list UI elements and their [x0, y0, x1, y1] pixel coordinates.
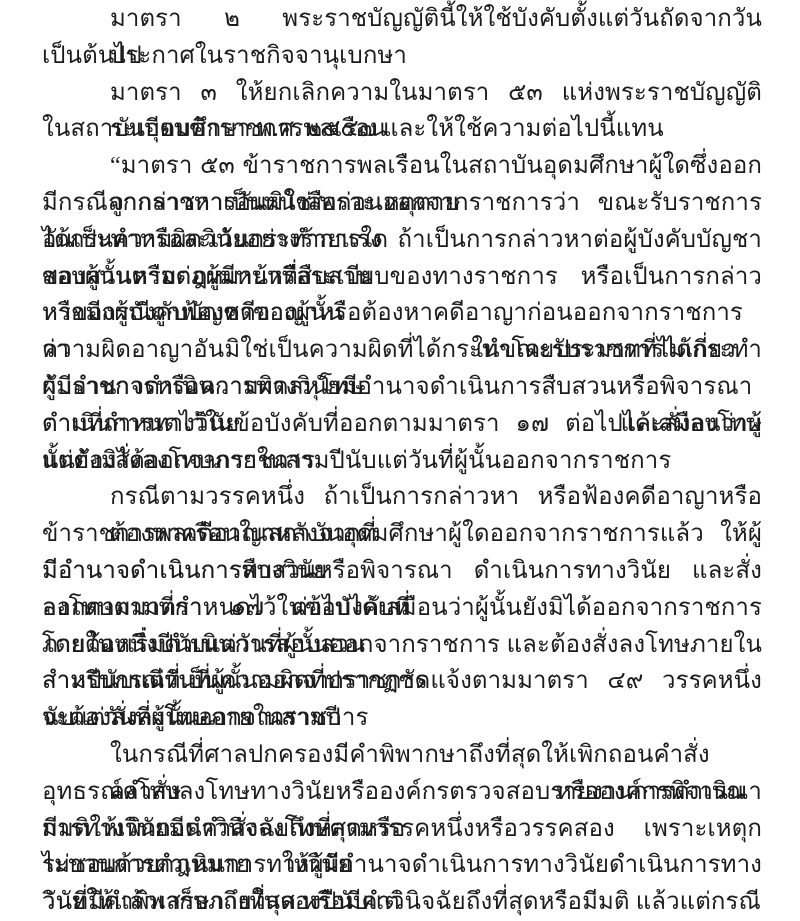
text-line: ผู้มีอำนาจดำเนินการทางวินัยมีอำนาจดำเนิน… — [42, 369, 762, 406]
text-line: วันที่มีคำพิพากษาถึงที่สุด หรือมีคำวินิจ… — [42, 884, 762, 921]
text-line: อันเป็นความผิดวินัยอย่างร้ายแรง ถ้าเป็นก… — [42, 222, 762, 259]
text-line: มีกรณีถูกกล่าวหาเป็นหนังสือก่อนออกจากราช… — [42, 185, 762, 222]
text-line: ความผิดอาญาอันมิใช่เป็นความผิดที่ได้กระท… — [42, 332, 762, 369]
text-line: ข้าราชการพลเรือนในสถาบันอุดมศึกษาผู้ใดออ… — [42, 516, 762, 553]
text-line: ในสถาบันอุดมศึกษา พ.ศ. ๒๕๔๗ และให้ใช้ควา… — [42, 111, 762, 148]
text-line: หรือมีกรณีถูกฟ้องคดีอาญาหรือต้องหาคดีอาญ… — [42, 295, 762, 332]
text-line: อุทธรณ์คำสั่งลงโทษทางวินัยหรือองค์กรตรวจ… — [42, 774, 762, 811]
document-text-block: มาตรา ๒ พระราชบัญญัตินี้ให้ใช้บังคับตั้ง… — [42, 1, 762, 921]
paragraph-section-53-para-2: กรณีตามวรรคหนึ่ง ถ้าเป็นการกล่าวหา หรือฟ… — [42, 479, 762, 737]
text-line: ไม่ชอบด้วยกฎหมาย ให้ผู้มีอำนาจดำเนินการท… — [42, 847, 762, 884]
text-line: นับแต่วันที่ผู้นั้นออกจากราชการ — [42, 700, 762, 737]
text-line: ออกตามมาตรา ๑๗ ต่อไปได้เสมือนว่าผู้นั้นย… — [42, 590, 762, 627]
document-page: มาตรา ๒ พระราชบัญญัตินี้ให้ใช้บังคับตั้ง… — [0, 0, 800, 921]
text-line: แต่ต้องสั่งลงโทษภายในสามปีนับแต่วันที่ผู… — [42, 443, 762, 480]
text-line: ตามที่กำหนดไว้ในข้อบังคับที่ออกตามมาตรา … — [42, 406, 762, 443]
paragraph-section-3: มาตรา ๓ ให้ยกเลิกความในมาตรา ๕๓ แห่งพระร… — [42, 75, 762, 149]
text-line: ภายในหนึ่งปีนับแต่วันที่ผู้นั้นออกจากราช… — [42, 627, 762, 664]
text-line: มีมติให้เพิกถอนคำสั่งลงโทษตามวรรคหนึ่งหร… — [42, 811, 762, 848]
text-line: มีอำนาจดำเนินการสืบสวนหรือพิจารณา ดำเนิน… — [42, 553, 762, 590]
text-line: สำหรับกรณีที่เป็นความผิดที่ปรากฏชัดแจ้งต… — [42, 663, 762, 700]
text-line: มาตรา ๒ พระราชบัญญัตินี้ให้ใช้บังคับตั้ง… — [42, 1, 762, 38]
text-line: ในกรณีที่ศาลปกครองมีคำพิพากษาถึงที่สุดให… — [42, 737, 762, 774]
paragraph-section-53-para-3: ในกรณีที่ศาลปกครองมีคำพิพากษาถึงที่สุดให… — [42, 737, 762, 921]
text-line: “มาตรา ๕๓ ข้าราชการพลเรือนในสถาบันอุดมศึ… — [42, 148, 762, 185]
text-line: มาตรา ๓ ให้ยกเลิกความในมาตรา ๕๓ แห่งพระร… — [42, 75, 762, 112]
text-line: กรณีตามวรรคหนึ่ง ถ้าเป็นการกล่าวหา หรือฟ… — [42, 479, 762, 516]
paragraph-section-2: มาตรา ๒ พระราชบัญญัตินี้ให้ใช้บังคับตั้ง… — [42, 1, 762, 75]
text-line: สอบสวนตามกฎหมายหรือระเบียบของทางราชการ ห… — [42, 259, 762, 296]
paragraph-section-53-para-1: “มาตรา ๕๓ ข้าราชการพลเรือนในสถาบันอุดมศึ… — [42, 148, 762, 479]
